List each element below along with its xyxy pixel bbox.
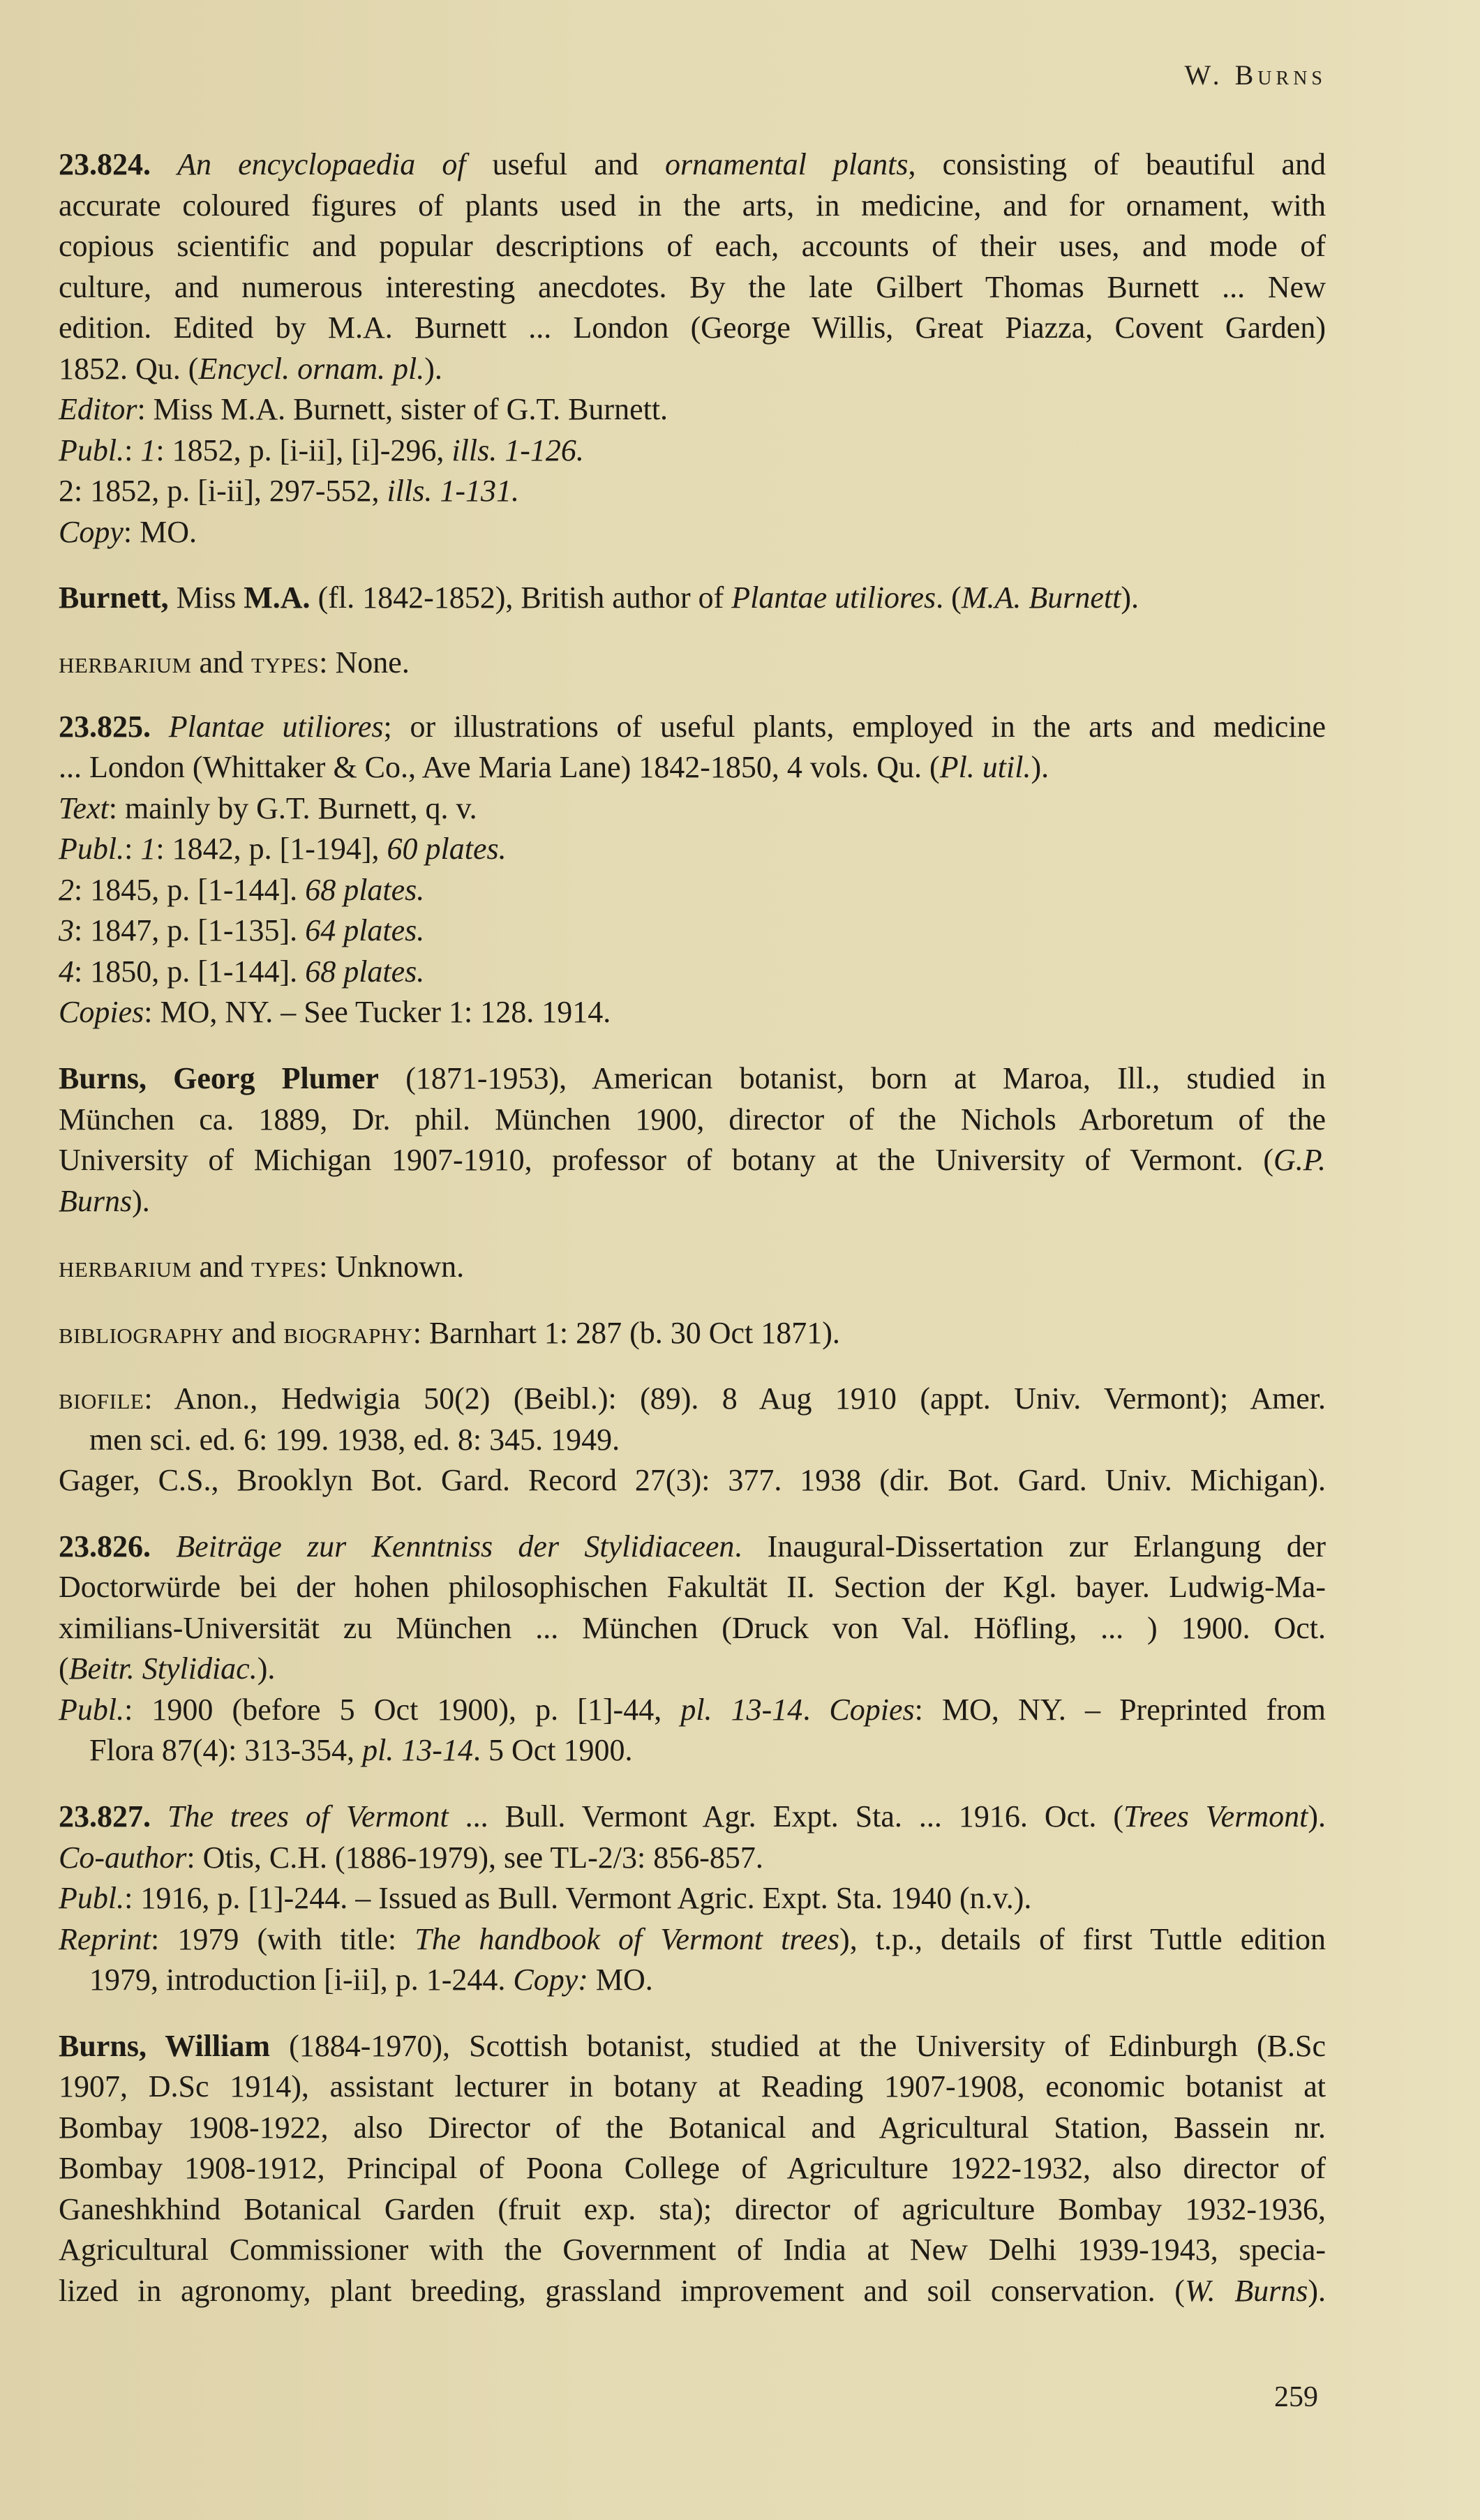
author-line: Burns, William (1884-1970), Scottish bot…	[59, 2027, 1326, 2066]
author-line: Bombay 1908-1922, also Director of the B…	[59, 2108, 1326, 2147]
biofile-line: men sci. ed. 6: 199. 1938, ed. 8: 345. 1…	[89, 1420, 1326, 1460]
author-name: Burnett,	[59, 580, 169, 615]
entry-line: (Beitr. Stylidiac.).	[59, 1649, 1326, 1688]
entry-title: Beiträge zur Kenntniss der Stylidiaceen	[176, 1529, 734, 1563]
herbarium-line: herbarium and types: Unknown.	[59, 1247, 1326, 1287]
author-line: Burns, Georg Plumer (1871-1953), America…	[59, 1059, 1326, 1098]
publ-line: 2: 1852, p. [i-ii], 297-552, ills. 1-131…	[59, 472, 1326, 511]
entry-line: culture, and numerous interesting anecdo…	[59, 268, 1326, 307]
entry-number: 23.827.	[59, 1799, 151, 1833]
entry-title: The trees of Vermont	[167, 1799, 449, 1833]
entry-title: Plantae utiliores	[169, 710, 384, 744]
book-page: W. Burns 23.824. An encyclopaedia of use…	[0, 0, 1480, 2520]
author-line: 1907, D.Sc 1914), assistant lecturer in …	[59, 2067, 1326, 2106]
biofile-line: biofile: Anon., Hedwigia 50(2) (Beibl.):…	[59, 1379, 1326, 1418]
page-number: 259	[1274, 2380, 1318, 2414]
entry-line: ... London (Whittaker & Co., Ave Maria L…	[59, 748, 1326, 787]
text-line: Text: mainly by G.T. Burnett, q. v.	[59, 789, 1326, 828]
entry-line: 23.824. An encyclopaedia of useful and o…	[59, 145, 1326, 184]
entry-line: accurate coloured figures of plants used…	[59, 186, 1326, 225]
bibliography-line: bibliography and biography: Barnhart 1: …	[59, 1314, 1326, 1353]
publ-line: Flora 87(4): 313-354, pl. 13-14. 5 Oct 1…	[89, 1731, 1326, 1770]
author-line: Burns).	[59, 1182, 1326, 1221]
publ-line: 3: 1847, p. [1-135]. 64 plates.	[59, 911, 1326, 950]
author-line: München ca. 1889, Dr. phil. München 1900…	[59, 1100, 1326, 1139]
author-line: Agricultural Commissioner with the Gover…	[59, 2230, 1326, 2270]
publ-line: Publ.: 1: 1852, p. [i-ii], [i]-296, ills…	[59, 431, 1326, 470]
entry-line: 1852. Qu. (Encycl. ornam. pl.).	[59, 350, 1326, 389]
publ-line: Publ.: 1900 (before 5 Oct 1900), p. [1]-…	[59, 1690, 1326, 1730]
entry-line: edition. Edited by M.A. Burnett ... Lond…	[59, 308, 1326, 347]
entry-line: Doctorwürde bei der hohen philosophische…	[59, 1568, 1326, 1607]
running-head: W. Burns	[1185, 59, 1326, 91]
author-name: Burns, Georg Plumer	[59, 1061, 379, 1095]
author-line: Burnett, Miss M.A. (fl. 1842-1852), Brit…	[59, 578, 1326, 617]
entry-line: 23.825. Plantae utiliores; or illustrati…	[59, 707, 1326, 747]
entry-title: An encyclopaedia of	[177, 147, 465, 181]
publ-line: Publ.: 1: 1842, p. [1-194], 60 plates.	[59, 830, 1326, 869]
abbreviation: Encycl. ornam. pl.	[198, 352, 424, 386]
reprint-line: Reprint: 1979 (with title: The handbook …	[59, 1920, 1326, 1959]
publ-line: Publ.: 1916, p. [1]-244. – Issued as Bul…	[59, 1879, 1326, 1918]
publ-line: 4: 1850, p. [1-144]. 68 plates.	[59, 952, 1326, 991]
publ-line: 2: 1845, p. [1-144]. 68 plates.	[59, 871, 1326, 910]
entry-line: ximilians-Universität zu München ... Mün…	[59, 1609, 1326, 1648]
editor-line: Editor: Miss M.A. Burnett, sister of G.T…	[59, 390, 1326, 429]
copies-line: Copies: MO, NY. – See Tucker 1: 128. 191…	[59, 993, 1326, 1032]
reprint-line: 1979, introduction [i-ii], p. 1-244. Cop…	[89, 1960, 1326, 2000]
coauthor-line: Co-author: Otis, C.H. (1886-1979), see T…	[59, 1838, 1326, 1877]
author-line: lized in agronomy, plant breeding, grass…	[59, 2272, 1326, 2311]
entry-line: copious scientific and popular descripti…	[59, 227, 1326, 266]
author-line: Ganeshkhind Botanical Garden (fruit exp.…	[59, 2190, 1326, 2229]
copy-line: Copy: MO.	[59, 513, 1326, 552]
author-line: University of Michigan 1907-1910, profes…	[59, 1141, 1326, 1180]
entry-number: 23.826.	[59, 1529, 151, 1563]
entry-line: 23.827. The trees of Vermont ... Bull. V…	[59, 1797, 1326, 1836]
author-name: Burns, William	[59, 2029, 270, 2063]
author-line: Bombay 1908-1912, Principal of Poona Col…	[59, 2149, 1326, 2188]
biofile-line: Gager, C.S., Brooklyn Bot. Gard. Record …	[59, 1461, 1326, 1500]
entry-number: 23.825.	[59, 710, 151, 744]
herbarium-line: herbarium and types: None.	[59, 643, 1326, 682]
entry-number: 23.824.	[59, 147, 151, 181]
entry-line: 23.826. Beiträge zur Kenntniss der Styli…	[59, 1527, 1326, 1566]
